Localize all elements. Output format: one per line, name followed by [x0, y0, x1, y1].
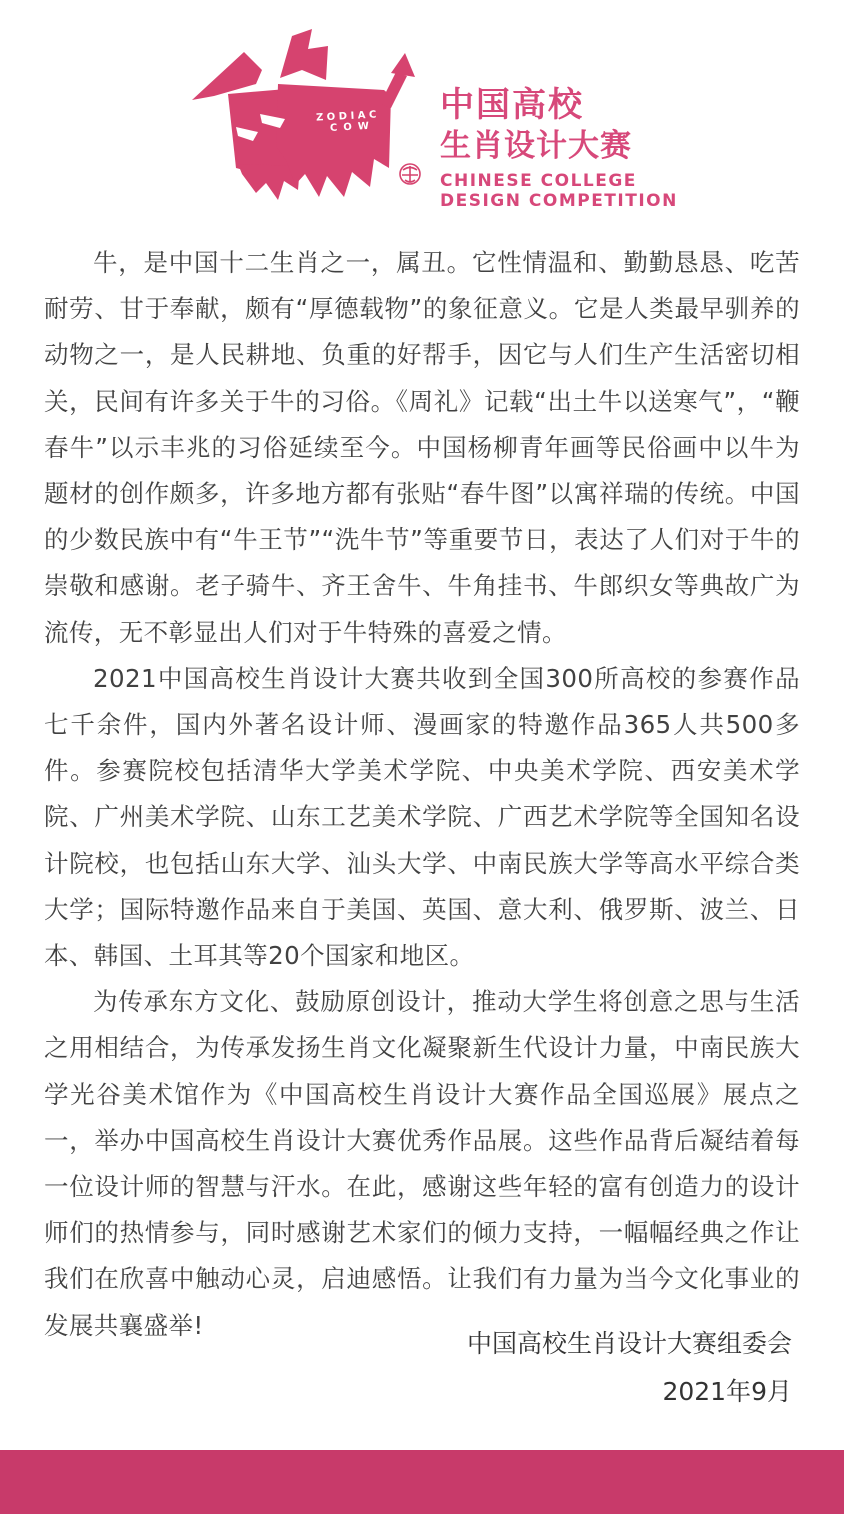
body-text: 牛，是中国十二生肖之一，属丑。它性情温和、勤勤恳恳、吃苦耐劳、甘于奉献，颇有“厚…	[44, 240, 800, 1349]
ox-tail-arrow	[391, 53, 415, 77]
footer-color-bar	[0, 1450, 844, 1514]
paragraph-exhibition-thanks: 为传承东方文化、鼓励原创设计，推动大学生将创意之思与生活之用相结合，为传承发扬生…	[44, 979, 800, 1349]
title-cn-line2: 生肖设计大赛	[440, 126, 678, 166]
paragraph-ox-culture: 牛，是中国十二生肖之一，属丑。它性情温和、勤勤恳恳、吃苦耐劳、甘于奉献，颇有“厚…	[44, 240, 800, 656]
ox-top-horn	[280, 29, 328, 80]
paragraph-competition-stats: 2021中国高校生肖设计大赛共收到全国300所高校的参赛作品七千余件，国内外著名…	[44, 656, 800, 979]
title-en-line1: CHINESE COLLEGE	[440, 171, 678, 191]
zodiac-cow-ox-logo-icon: ZODIAC COW	[178, 26, 436, 214]
title-en-line2: DESIGN COMPETITION	[440, 191, 678, 211]
announcement-page: ZODIAC COW 中国高校 生肖设计大赛 CHINESE COLLEGE D…	[0, 0, 844, 1514]
signature-organization: 中国高校生肖设计大赛组委会	[467, 1320, 792, 1368]
title-cn-line1: 中国高校	[440, 84, 678, 126]
signature-date: 2021年9月	[467, 1368, 792, 1416]
competition-title-block: 中国高校 生肖设计大赛 CHINESE COLLEGE DESIGN COMPE…	[440, 84, 678, 211]
cow-word: COW	[330, 121, 375, 134]
signature-block: 中国高校生肖设计大赛组委会 2021年9月	[467, 1320, 792, 1416]
ox-tail	[380, 72, 407, 108]
seal-icon	[400, 164, 420, 184]
